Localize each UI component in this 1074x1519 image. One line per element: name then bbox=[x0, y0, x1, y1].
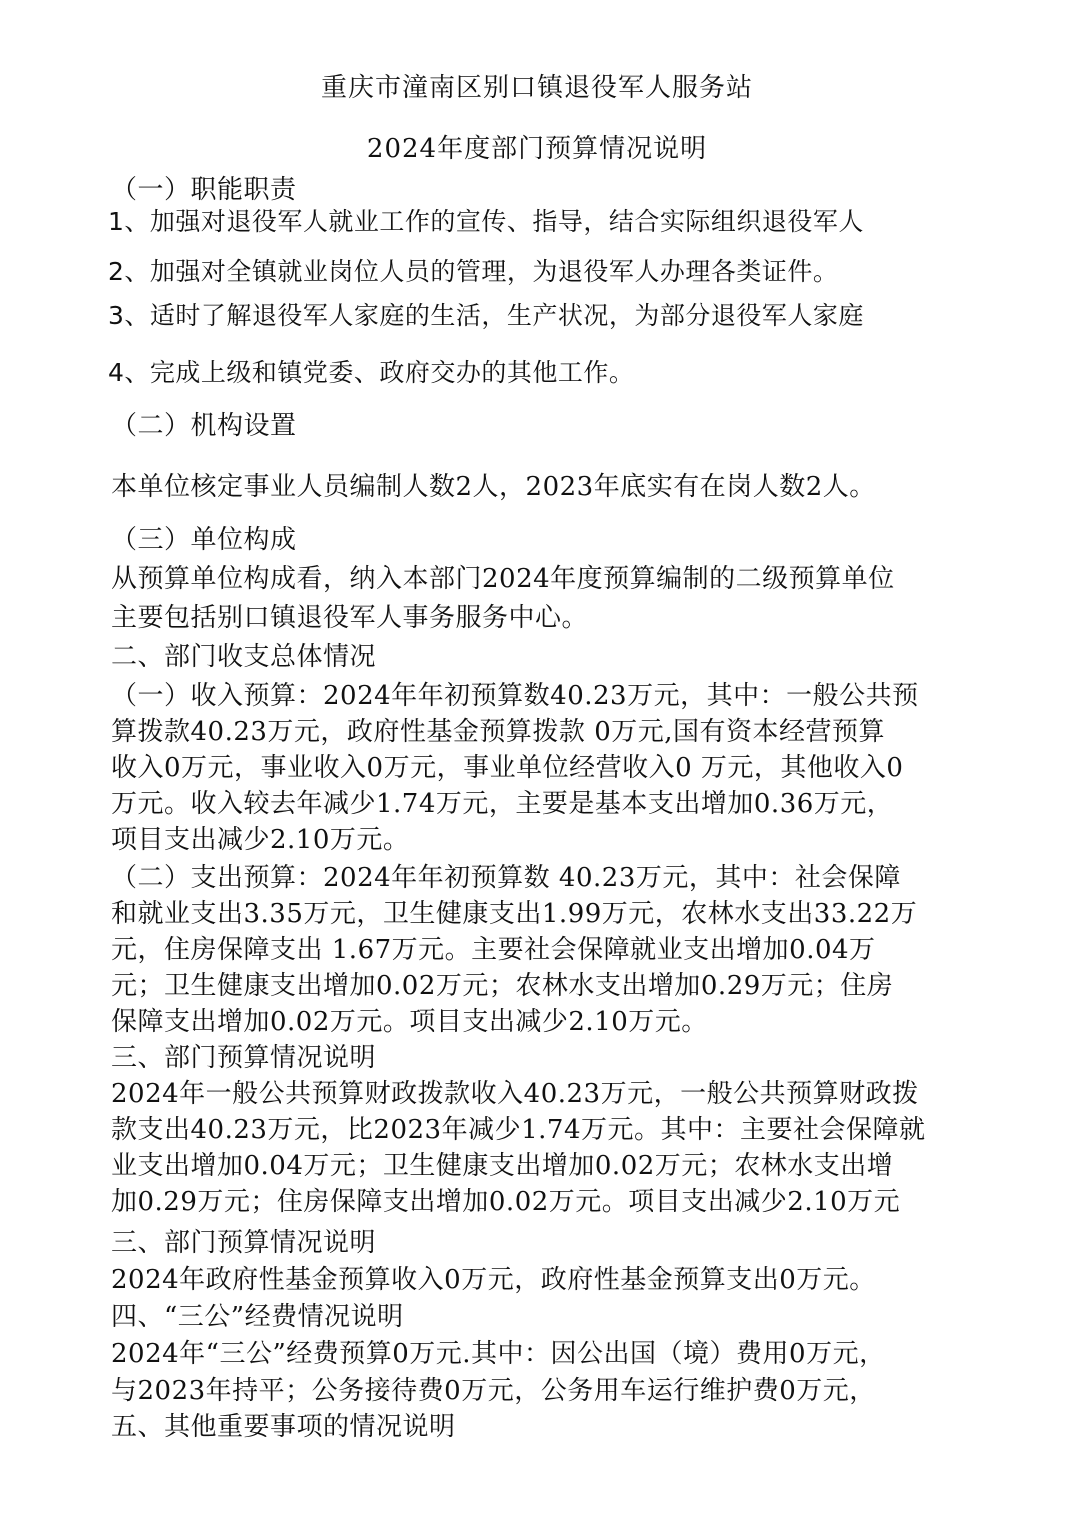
part3a-line-2: 款支出40.23万元，比2023年减少1.74万元。其中：主要社会保障就 bbox=[111, 1114, 926, 1146]
part3b-body: 2024年政府性基金预算收入0万元，政府性基金预算支出0万元。 bbox=[111, 1264, 876, 1296]
income-line-5: 项目支出减少2.10万元。 bbox=[111, 824, 409, 856]
income-line-2: 算拨款40.23万元，政府性基金预算拨款 0万元,国有资本经营预算 bbox=[111, 716, 885, 748]
part3a-line-3: 业支出增加0.04万元；卫生健康支出增加0.02万元；农林水支出增 bbox=[111, 1150, 893, 1182]
expense-line-1: （二）支出预算：2024年年初预算数 40.23万元，其中：社会保障 bbox=[111, 862, 901, 894]
function-item-3: 3、适时了解退役军人家庭的生活，生产状况，为部分退役军人家庭 bbox=[108, 300, 864, 332]
part5-heading: 五、其他重要事项的情况说明 bbox=[111, 1411, 456, 1443]
document-subtitle: 2024年度部门预算情况说明 bbox=[0, 133, 1074, 165]
part3a-line-4: 加0.29万元；住房保障支出增加0.02万元。项目支出减少2.10万元 bbox=[111, 1186, 900, 1218]
expense-line-4: 元；卫生健康支出增加0.02万元；农林水支出增加0.29万元；住房 bbox=[111, 970, 893, 1002]
part4-heading: 四、“三公”经费情况说明 bbox=[111, 1301, 404, 1333]
section-heading-organization: （二）机构设置 bbox=[111, 410, 297, 442]
part4-line-2: 与2023年持平；公务接待费0万元，公务用车运行维护费0万元， bbox=[111, 1375, 876, 1407]
document-title: 重庆市潼南区别口镇退役军人服务站 bbox=[0, 72, 1074, 104]
composition-line-1: 从预算单位构成看，纳入本部门2024年度预算编制的二级预算单位 bbox=[111, 563, 895, 595]
function-item-2: 2、加强对全镇就业岗位人员的管理，为退役军人办理各类证件。 bbox=[108, 256, 838, 288]
part3a-heading: 三、部门预算情况说明 bbox=[111, 1042, 376, 1074]
composition-line-2: 主要包括别口镇退役军人事务服务中心。 bbox=[111, 602, 588, 634]
income-line-1: （一）收入预算：2024年年初预算数40.23万元，其中：一般公共预 bbox=[111, 680, 919, 712]
part2-heading: 二、部门收支总体情况 bbox=[111, 641, 376, 673]
part3a-line-1: 2024年一般公共预算财政拨款收入40.23万元，一般公共预算财政拨 bbox=[111, 1078, 919, 1110]
expense-line-2: 和就业支出3.35万元，卫生健康支出1.99万元，农林水支出33.22万 bbox=[111, 898, 917, 930]
section-heading-functions: （一）职能职责 bbox=[111, 174, 297, 206]
function-item-4: 4、完成上级和镇党委、政府交办的其他工作。 bbox=[108, 357, 634, 389]
part4-line-1: 2024年“三公”经费预算0万元.其中：因公出国（境）费用0万元， bbox=[111, 1338, 886, 1370]
section-heading-composition: （三）单位构成 bbox=[111, 524, 297, 556]
function-item-1: 1、加强对退役军人就业工作的宣传、指导，结合实际组织退役军人 bbox=[108, 206, 864, 238]
income-line-3: 收入0万元，事业收入0万元，事业单位经营收入0 万元，其他收入0 bbox=[111, 752, 903, 784]
expense-line-5: 保障支出增加0.02万元。项目支出减少2.10万元。 bbox=[111, 1006, 708, 1038]
staffing-paragraph: 本单位核定事业人员编制人数2人，2023年底实有在岗人数2人。 bbox=[111, 471, 876, 503]
part3b-heading: 三、部门预算情况说明 bbox=[111, 1227, 376, 1259]
expense-line-3: 元，住房保障支出 1.67万元。主要社会保障就业支出增加0.04万 bbox=[111, 934, 876, 966]
income-line-4: 万元。收入较去年减少1.74万元，主要是基本支出增加0.36万元， bbox=[111, 788, 893, 820]
